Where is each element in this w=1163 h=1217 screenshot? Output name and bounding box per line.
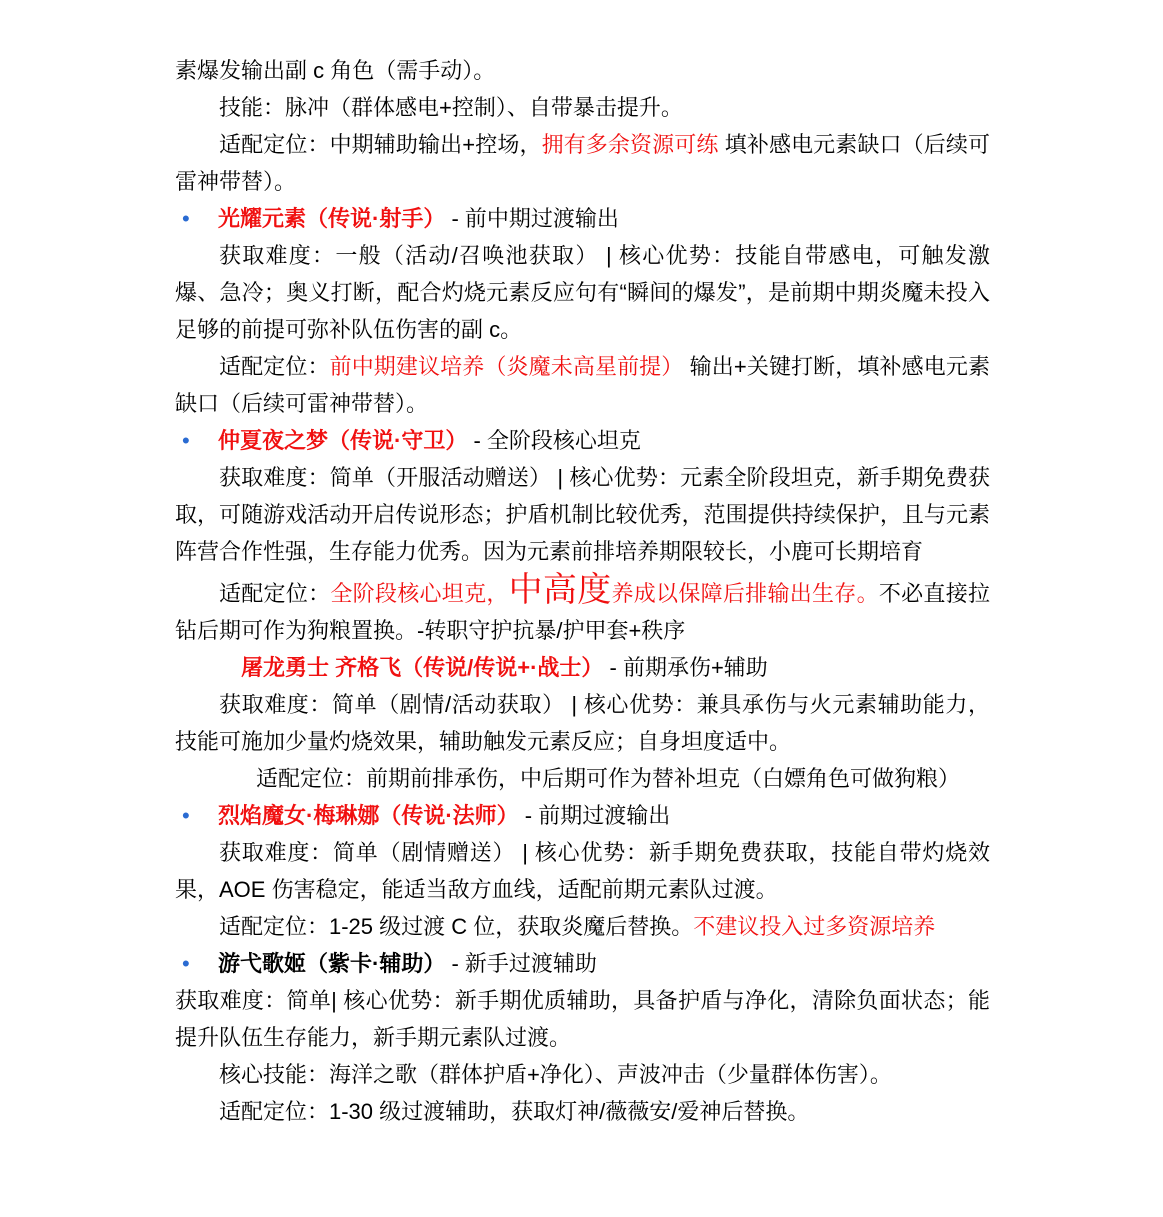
text-run: 获取难度：简单| 核心优势：新手期优质辅助，具备护盾与净化，清除负面状态；能提升… (175, 988, 990, 1050)
character-name-heading: 烈焰魔女·梅琳娜（传说·法师） (218, 803, 519, 828)
document-page: 素爆发输出副 c 角色（需手动）。技能：脉冲（群体感电+控制）、自带暴击提升。适… (0, 0, 1163, 1217)
list-item: •仲夏夜之梦（传说·守卫） - 全阶段核心坦克 (175, 422, 990, 459)
red-emphasis: 养成以保障后排输出生存。 (612, 581, 879, 606)
text-run: 适配定位：中期辅助输出+控场， (219, 132, 542, 157)
list-item: •游弋歌姬（紫卡·辅助） - 新手过渡辅助 (175, 945, 990, 982)
character-name-heading: 游弋歌姬（紫卡·辅助） (218, 951, 445, 976)
paragraph: 适配定位：1-25 级过渡 C 位，获取炎魔后替换。不建议投入过多资源培养 (175, 908, 990, 945)
paragraph: 素爆发输出副 c 角色（需手动）。 (175, 52, 990, 89)
text-run: 适配定位： (219, 354, 330, 379)
paragraph: 技能：脉冲（群体感电+控制）、自带暴击提升。 (175, 89, 990, 126)
character-name-heading: 仲夏夜之梦（传说·守卫） (218, 428, 467, 453)
red-emphasis: 全阶段核心坦克， (330, 581, 508, 606)
paragraph: 适配定位：1-30 级过渡辅助，获取灯神/薇薇安/爱神后替换。 (175, 1093, 990, 1130)
paragraph: 获取难度：一般（活动/召唤池获取） | 核心优势：技能自带感电，可触发激爆、急冷… (175, 237, 990, 348)
red-emphasis: 前中期建议培养（炎魔未高星前提） (330, 354, 684, 379)
text-run: 获取难度：简单（剧情/活动获取） | 核心优势：兼具承伤与火元素辅助能力，技能可… (175, 692, 990, 754)
text-run: - 新手过渡辅助 (445, 951, 597, 976)
paragraph: 适配定位：前期前排承伤，中后期可作为替补坦克（白嫖角色可做狗粮） (175, 760, 990, 797)
paragraph: 核心技能：海洋之歌（群体护盾+净化）、声波冲击（少量群体伤害）。 (175, 1056, 990, 1093)
paragraph: 获取难度：简单（开服活动赠送） | 核心优势：元素全阶段坦克，新手期免费获取，可… (175, 459, 990, 570)
text-run: 获取难度：一般（活动/召唤池获取） | 核心优势：技能自带感电，可触发激爆、急冷… (175, 243, 990, 342)
text-run: 适配定位： (219, 581, 330, 606)
paragraph: 获取难度：简单（剧情赠送） | 核心优势：新手期免费获取，技能自带灼烧效果，AO… (175, 834, 990, 908)
character-name-heading: 光耀元素（传说·射手） (218, 206, 445, 231)
bullet-icon: • (182, 422, 190, 459)
paragraph: 适配定位：中期辅助输出+控场，拥有多余资源可练 填补感电元素缺口（后续可雷神带替… (175, 126, 990, 200)
text-run: 适配定位：前期前排承伤，中后期可作为替补坦克（白嫖角色可做狗粮） (256, 766, 960, 791)
paragraph: 获取难度：简单| 核心优势：新手期优质辅助，具备护盾与净化，清除负面状态；能提升… (175, 982, 990, 1056)
paragraph: 获取难度：简单（剧情/活动获取） | 核心优势：兼具承伤与火元素辅助能力，技能可… (175, 686, 990, 760)
bullet-icon: • (182, 945, 190, 982)
red-emphasis: 不建议投入过多资源培养 (693, 914, 935, 939)
text-run: - 前期承伤+辅助 (603, 655, 767, 680)
list-item: •光耀元素（传说·射手） - 前中期过渡输出 (175, 200, 990, 237)
paragraph: 适配定位：前中期建议培养（炎魔未高星前提） 输出+关键打断，填补感电元素缺口（后… (175, 348, 990, 422)
text-run: 核心技能：海洋之歌（群体护盾+净化）、声波冲击（少量群体伤害）。 (219, 1062, 892, 1087)
text-run: - 前期过渡输出 (519, 803, 671, 828)
red-emphasis: 拥有多余资源可练 (542, 132, 719, 157)
text-run: 获取难度：简单（剧情赠送） | 核心优势：新手期免费获取，技能自带灼烧效果，AO… (175, 840, 990, 902)
text-run: - 前中期过渡输出 (445, 206, 619, 231)
bullet-icon: • (182, 200, 190, 237)
list-item: •烈焰魔女·梅琳娜（传说·法师） - 前期过渡输出 (175, 797, 990, 834)
paragraph: 适配定位：全阶段核心坦克，中高度养成以保障后排输出生存。不必直接拉钻后期可作为狗… (175, 570, 990, 649)
paragraph: 屠龙勇士 齐格飞（传说/传说+·战士） - 前期承伤+辅助 (175, 649, 990, 686)
text-run: 适配定位：1-30 级过渡辅助，获取灯神/薇薇安/爱神后替换。 (219, 1099, 809, 1124)
large-red-emphasis: 中高度 (509, 571, 612, 609)
text-run: 适配定位：1-25 级过渡 C 位，获取炎魔后替换。 (219, 914, 693, 939)
text-run: 技能：脉冲（群体感电+控制）、自带暴击提升。 (219, 95, 683, 120)
character-name-heading: 屠龙勇士 齐格飞（传说/传说+·战士） (241, 655, 603, 680)
text-run: 素爆发输出副 c 角色（需手动）。 (175, 58, 495, 83)
text-run: 获取难度：简单（开服活动赠送） | 核心优势：元素全阶段坦克，新手期免费获取，可… (175, 465, 990, 564)
bullet-icon: • (182, 797, 190, 834)
text-run: - 全阶段核心坦克 (467, 428, 641, 453)
